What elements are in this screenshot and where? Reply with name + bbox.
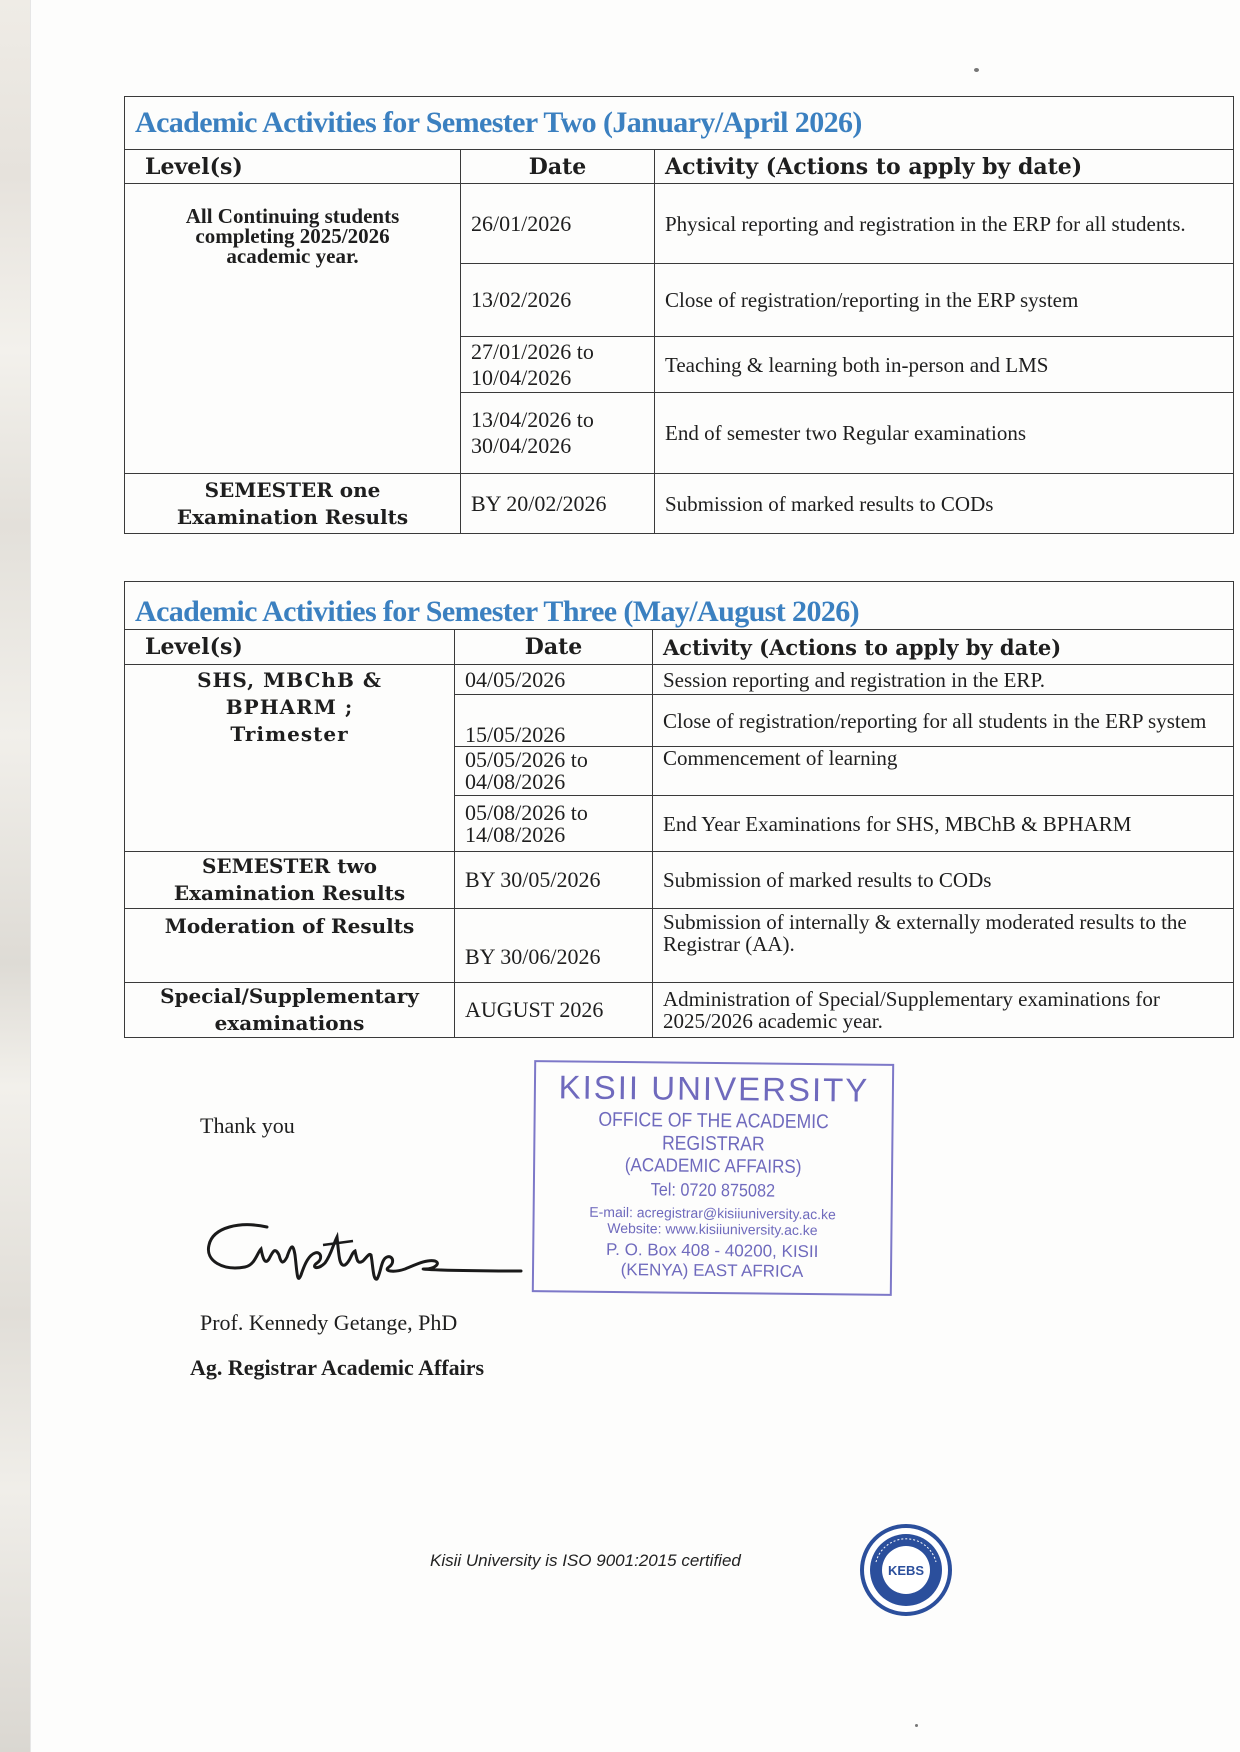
activity-cell: Submission of marked results to CODs [653,852,1234,909]
signer-title: Ag. Registrar Academic Affairs [190,1355,484,1381]
semester-two-table: Academic Activities for Semester Two (Ja… [124,96,1234,534]
activity-cell: Session reporting and registration in th… [653,665,1234,695]
table-row: All Continuing students completing 2025/… [125,184,1234,264]
date-cell: 04/05/2026 [455,665,653,695]
date-cell: 13/02/2026 [461,264,655,337]
activity-cell: Close of registration/reporting in the E… [655,264,1234,337]
header-activity: Activity (Actions to apply by date) [653,630,1234,665]
header-level: Level(s) [125,150,461,184]
level-cell: Moderation of Results [125,909,455,983]
date-cell: 15/05/2026 [455,695,653,747]
date-cell: 27/01/2026 to 10/04/2026 [461,337,655,393]
date-cell: 26/01/2026 [461,184,655,264]
activity-cell: Close of registration/reporting for all … [653,695,1234,747]
date-cell: AUGUST 2026 [455,983,653,1038]
scan-edge-shadow [0,0,31,1752]
stamp-line: OFFICE OF THE ACADEMIC REGISTRAR [557,1108,871,1157]
semester-three-table: Academic Activities for Semester Three (… [124,581,1234,1038]
table-row: Special/Supplementary examinations AUGUS… [125,983,1234,1038]
scan-speck [915,1724,918,1727]
date-cell: BY 20/02/2026 [461,474,655,534]
signature-icon [205,1215,525,1295]
level-cell: SEMESTER one Examination Results [125,474,461,534]
thank-you-text: Thank you [200,1113,295,1139]
date-cell: BY 30/06/2026 [455,909,653,983]
stamp-line: KISII UNIVERSITY [536,1068,892,1110]
iso-certification-text: Kisii University is ISO 9001:2015 certif… [430,1551,741,1571]
header-level: Level(s) [125,630,455,665]
level-cell: Special/Supplementary examinations [125,983,455,1038]
kebs-logo-icon: KEBS [858,1522,954,1618]
stamp-line: Tel: 0720 875082 [553,1178,874,1202]
header-date: Date [461,150,655,184]
stamp-line: (KENYA) EAST AFRICA [534,1259,890,1283]
activity-cell: Commencement of learning [653,747,1234,796]
semester-three-title: Academic Activities for Semester Three (… [125,582,1234,630]
signer-name: Prof. Kennedy Getange, PhD [200,1310,457,1336]
table-row: SEMESTER two Examination Results BY 30/0… [125,852,1234,909]
activity-cell: Physical reporting and registration in t… [655,184,1234,264]
official-stamp: KISII UNIVERSITY OFFICE OF THE ACADEMIC … [532,1060,894,1296]
level-cell: All Continuing students completing 2025/… [125,184,461,474]
level-cell: SEMESTER two Examination Results [125,852,455,909]
date-cell: 05/05/2026 to 04/08/2026 [455,747,653,796]
activity-cell: Administration of Special/Supplementary … [653,983,1234,1038]
stamp-line: (ACADEMIC AFFAIRS) [553,1154,874,1179]
header-activity: Activity (Actions to apply by date) [655,150,1234,184]
semester-two-title: Academic Activities for Semester Two (Ja… [125,97,1234,150]
table-row: Moderation of Results BY 30/06/2026 Subm… [125,909,1234,983]
activity-cell: Teaching & learning both in-person and L… [655,337,1234,393]
scan-speck [974,68,979,72]
activity-cell: Submission of internally & externally mo… [653,909,1234,983]
date-cell: BY 30/05/2026 [455,852,653,909]
activity-cell: End of semester two Regular examinations [655,393,1234,474]
table-row: SEMESTER one Examination Results BY 20/0… [125,474,1234,534]
activity-cell: Submission of marked results to CODs [655,474,1234,534]
date-cell: 05/08/2026 to 14/08/2026 [455,796,653,852]
header-date: Date [455,630,653,665]
date-cell: 13/04/2026 to 30/04/2026 [461,393,655,474]
kebs-label: KEBS [888,1563,924,1578]
level-cell: SHS, MBChB & BPHARM ; Trimester [125,665,455,852]
activity-cell: End Year Examinations for SHS, MBChB & B… [653,796,1234,852]
table-row: SHS, MBChB & BPHARM ; Trimester 04/05/20… [125,665,1234,695]
stamp-website: Website: www.kisiiuniversity.ac.ke [534,1219,890,1239]
